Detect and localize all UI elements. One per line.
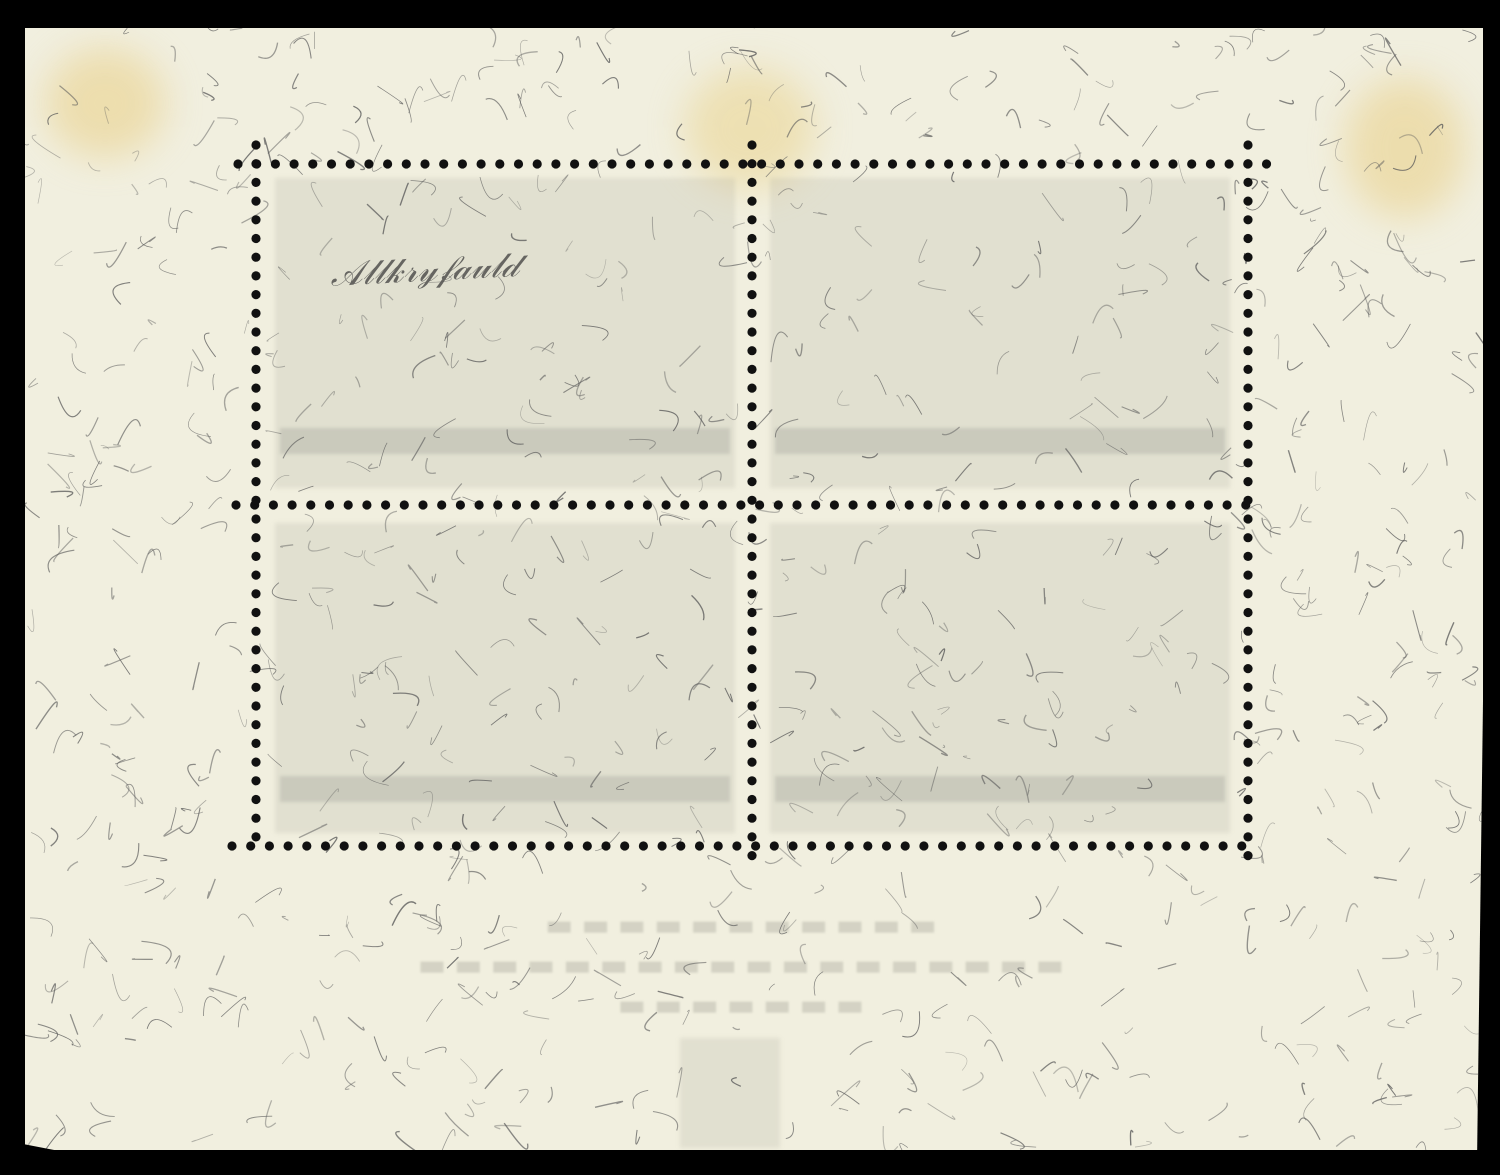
- perforations: [0, 0, 1500, 1175]
